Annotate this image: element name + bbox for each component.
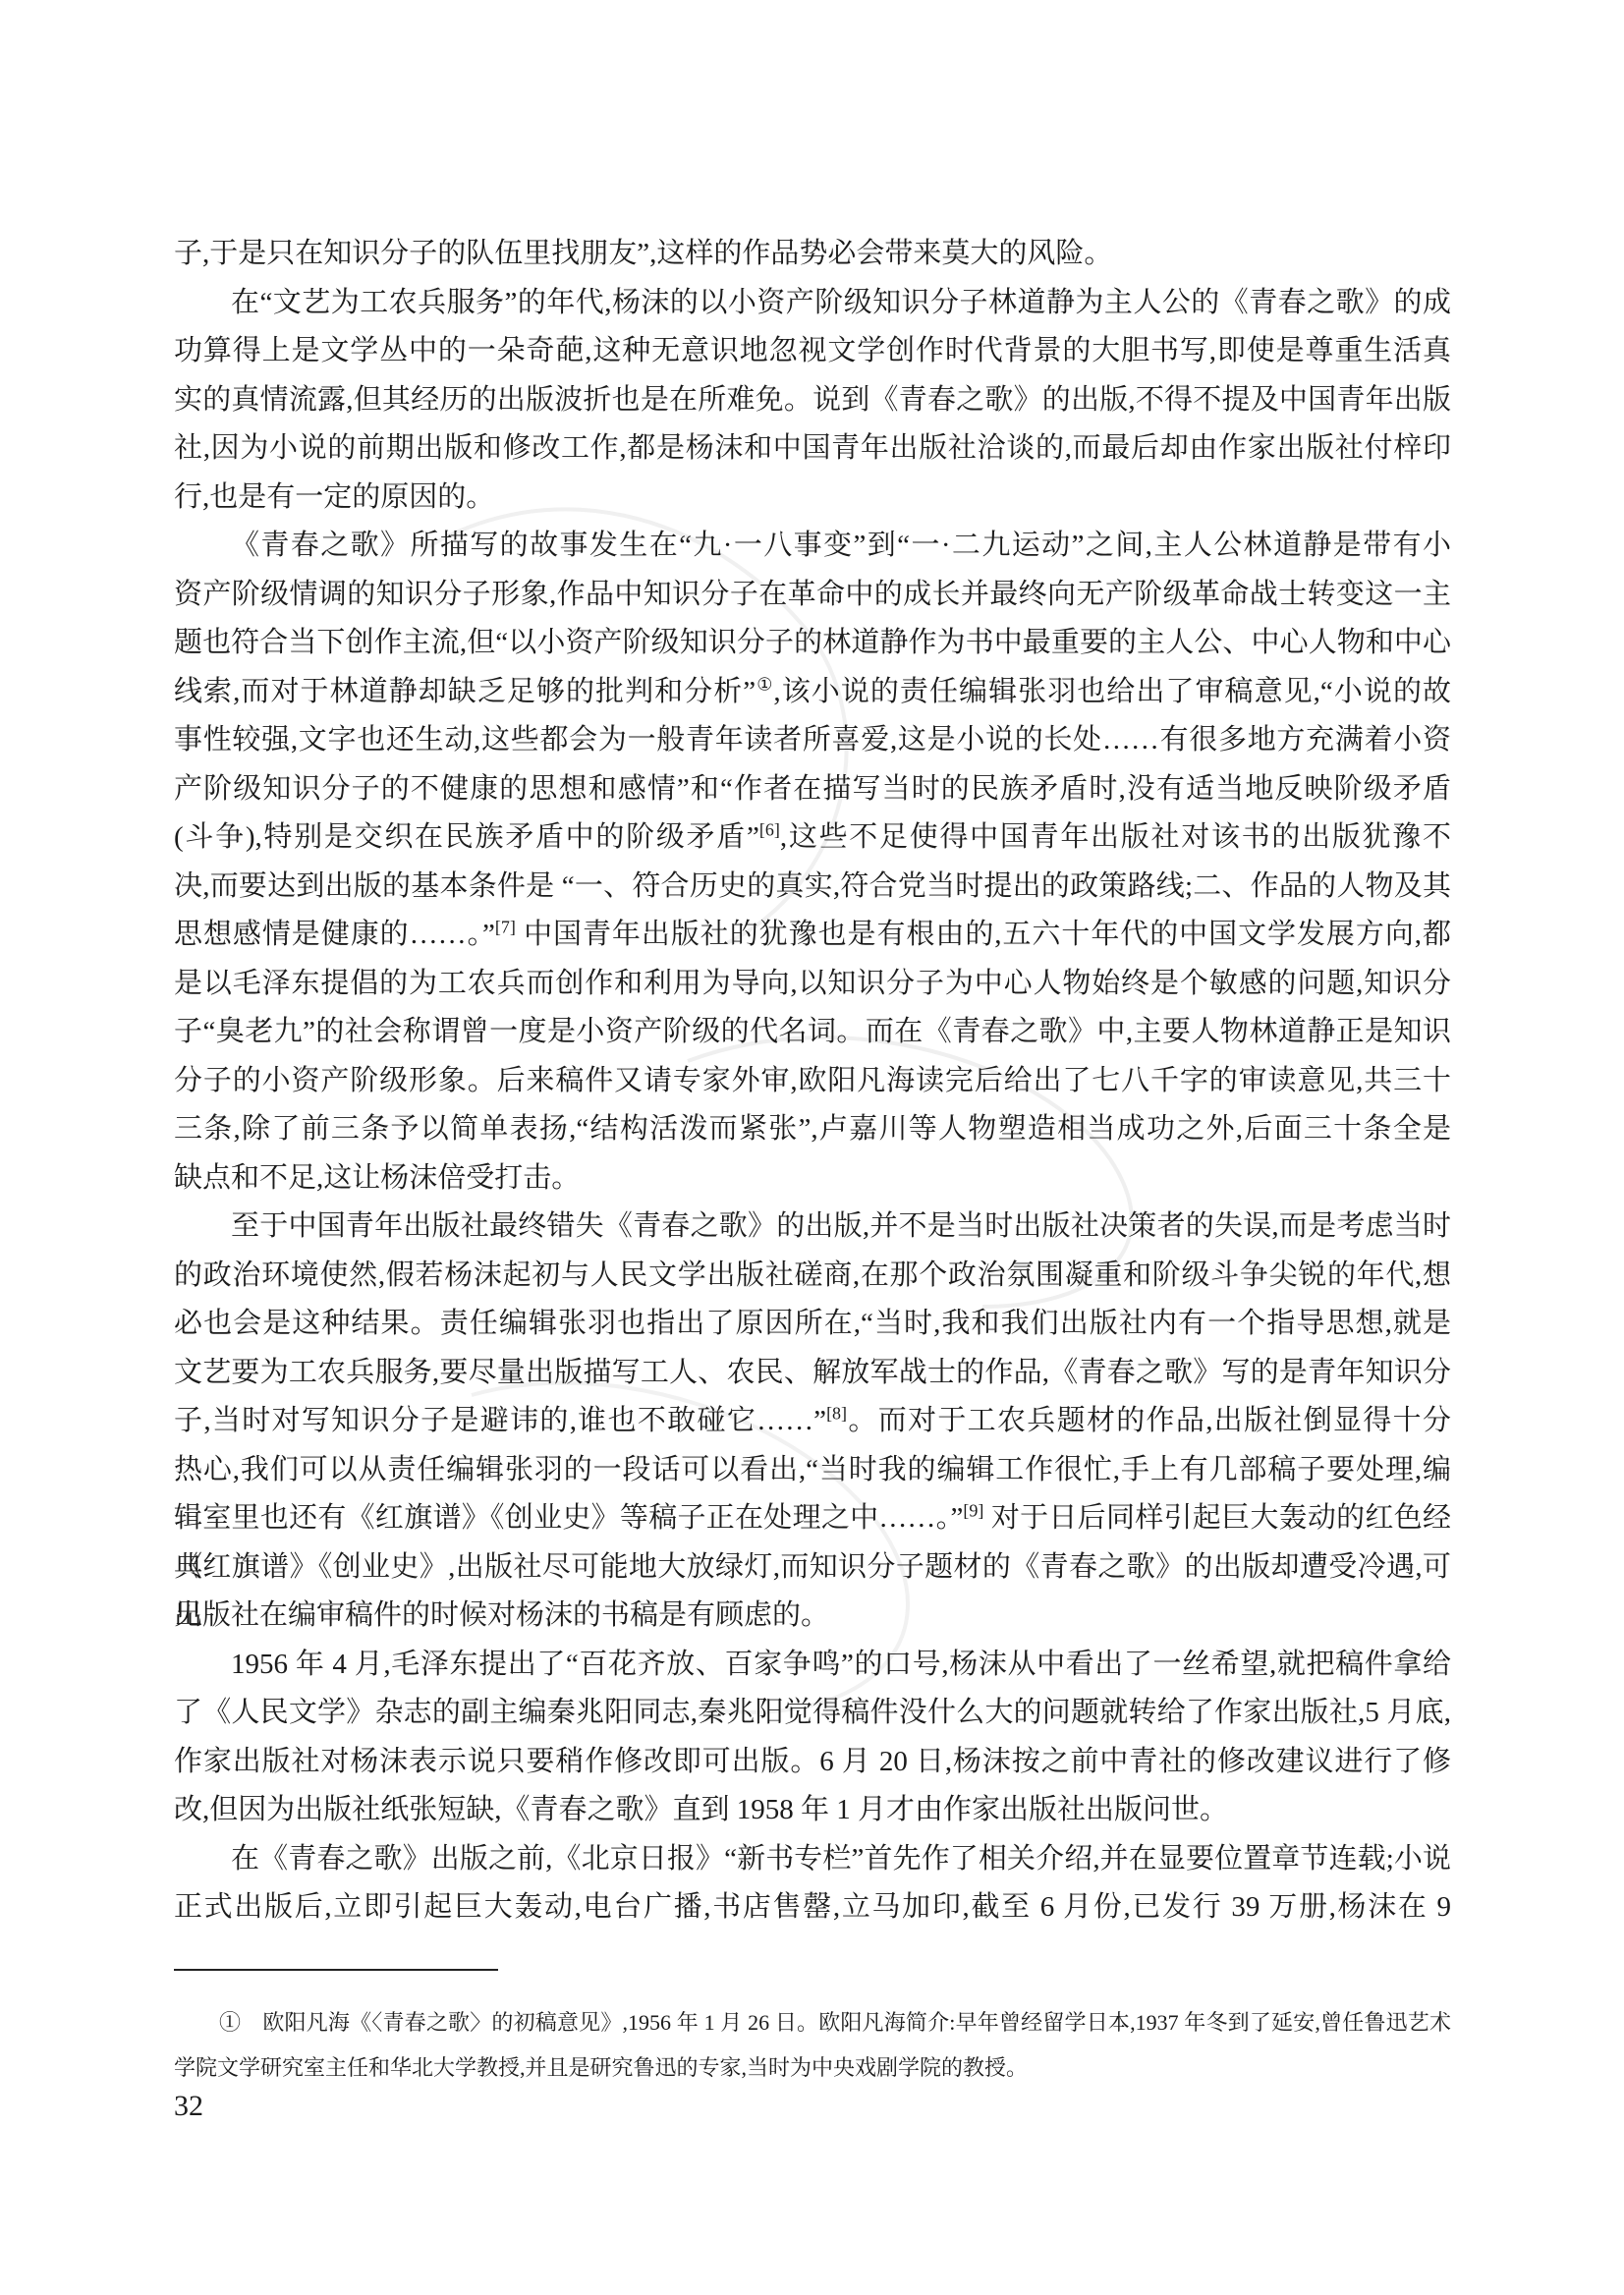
footnote-divider [174,1969,498,1971]
document-page: 子,于是只在知识分子的队伍里找朋友”,这样的作品势必会带来莫大的风险。在“文艺为… [0,0,1624,2295]
body-text-line: 《青春之歌》所描写的故事发生在“九·一八事变”到“一·二九运动”之间,主人公林道… [174,522,1451,571]
body-text-line: 在《青春之歌》出版之前,《北京日报》“新书专栏”首先作了相关介绍,并在显要位置章… [174,1835,1451,1884]
body-text-line: 了《人民文学》杂志的副主编秦兆阳同志,秦兆阳觉得稿件没什么大的问题就转给了作家出… [174,1689,1451,1738]
body-text-line: 出版社在编审稿件的时候对杨沫的书稿是有顾虑的。 [174,1592,1451,1641]
footnote-block: ① 欧阳凡海《〈青春之歌〉的初稿意见》,1956 年 1 月 26 日。欧阳凡海… [174,2000,1451,2091]
body-text-line: 功算得上是文学丛中的一朵奇葩,这种无意识地忽视文学创作时代背景的大胆书写,即使是… [174,327,1451,376]
body-text-line: 题也符合当下创作主流,但“以小资产阶级知识分子的林道静作为书中最重要的主人公、中… [174,619,1451,668]
body-text-line: 1956 年 4 月,毛泽东提出了“百花齐放、百家争鸣”的口号,杨沫从中看出了一… [174,1641,1451,1690]
body-text-line: 作家出版社对杨沫表示说只要稍作修改即可出版。6 月 20 日,杨沫按之前中青社的… [174,1738,1451,1787]
body-text-line: (斗争),特别是交织在民族矛盾中的阶级矛盾”[6],这些不足使得中国青年出版社对… [174,813,1451,863]
body-text-line: 决,而要达到出版的基本条件是 “一、符合历史的真实,符合党当时提出的政策路线;二… [174,863,1451,912]
footnote-line: ① 欧阳凡海《〈青春之歌〉的初稿意见》,1956 年 1 月 26 日。欧阳凡海… [174,2000,1451,2045]
main-text-block: 子,于是只在知识分子的队伍里找朋友”,这样的作品势必会带来莫大的风险。在“文艺为… [174,230,1451,1932]
body-text-line: 热心,我们可以从责任编辑张羽的一段话可以看出,“当时我的编辑工作很忙,手上有几部… [174,1446,1451,1495]
footnote-ref-marker: [9] [963,1500,983,1520]
body-text-line: 线索,而对于林道静却缺乏足够的批判和分析”①,该小说的责任编辑张羽也给出了审稿意… [174,668,1451,717]
body-text-line: 子,当时对写知识分子是避讳的,谁也不敢碰它……”[8]。而对于工农兵题材的作品,… [174,1397,1451,1446]
body-text-line: 文艺要为工农兵服务,要尽量出版描写工人、农民、解放军战士的作品,《青春之歌》写的… [174,1349,1451,1398]
footnote-ref-marker: [6] [759,819,780,839]
body-text-line: 思想感情是健康的……。”[7] 中国青年出版社的犹豫也是有根由的,五六十年代的中… [174,911,1451,960]
body-text-line: 改,但因为出版社纸张短缺,《青春之歌》直到 1958 年 1 月才由作家出版社出… [174,1786,1451,1835]
body-text-line: 三条,除了前三条予以简单表扬,“结构活泼而紧张”,卢嘉川等人物塑造相当成功之外,… [174,1105,1451,1154]
body-text-line: 《红旗谱》《创业史》,出版社尽可能地大放绿灯,而知识分子题材的《青春之歌》的出版… [174,1543,1451,1593]
footnote-line: 学院文学研究室主任和华北大学教授,并且是研究鲁迅的专家,当时为中央戏剧学院的教授… [174,2045,1451,2091]
body-text-line: 在“文艺为工农兵服务”的年代,杨沫的以小资产阶级知识分子林道静为主人公的《青春之… [174,279,1451,328]
body-text-line: 子“臭老九”的社会称谓曾一度是小资产阶级的代名词。而在《青春之歌》中,主要人物林… [174,1008,1451,1057]
page-number: 32 [174,2087,203,2126]
body-text-line: 资产阶级情调的知识分子形象,作品中知识分子在革命中的成长并最终向无产阶级革命战士… [174,571,1451,620]
body-text-line: 分子的小资产阶级形象。后来稿件又请专家外审,欧阳凡海读完后给出了七八千字的审读意… [174,1057,1451,1106]
footnote-ref-marker: ① [756,674,773,694]
footnote-ref-marker: [8] [826,1403,847,1423]
body-text-line: 辑室里也还有《红旗谱》《创业史》等稿子正在处理之中……。”[9] 对于日后同样引… [174,1494,1451,1543]
body-text-line: 子,于是只在知识分子的队伍里找朋友”,这样的作品势必会带来莫大的风险。 [174,230,1451,279]
body-text-line: 产阶级知识分子的不健康的思想和感情”和“作者在描写当时的民族矛盾时,没有适当地反… [174,765,1451,814]
body-text-line: 事性较强,文字也还生动,这些都会为一般青年读者所喜爱,这是小说的长处……有很多地… [174,716,1451,765]
body-text-line: 缺点和不足,这让杨沫倍受打击。 [174,1154,1451,1203]
body-text-line: 必也会是这种结果。责任编辑张羽也指出了原因所在,“当时,我和我们出版社内有一个指… [174,1300,1451,1349]
body-text-line: 是以毛泽东提倡的为工农兵而创作和利用为导向,以知识分子为中心人物始终是个敏感的问… [174,960,1451,1009]
body-text-line: 实的真情流露,但其经历的出版波折也是在所难免。说到《青春之歌》的出版,不得不提及… [174,376,1451,425]
body-text-line: 至于中国青年出版社最终错失《青春之歌》的出版,并不是当时出版社决策者的失误,而是… [174,1203,1451,1252]
body-text-line: 正式出版后,立即引起巨大轰动,电台广播,书店售罄,立马加印,截至 6 月份,已发… [174,1883,1451,1932]
body-text-line: 行,也是有一定的原因的。 [174,474,1451,523]
body-text-line: 社,因为小说的前期出版和修改工作,都是杨沫和中国青年出版社洽谈的,而最后却由作家… [174,424,1451,474]
body-text-line: 的政治环境使然,假若杨沫起初与人民文学出版社磋商,在那个政治氛围凝重和阶级斗争尖… [174,1252,1451,1301]
footnote-ref-marker: [7] [495,917,516,936]
